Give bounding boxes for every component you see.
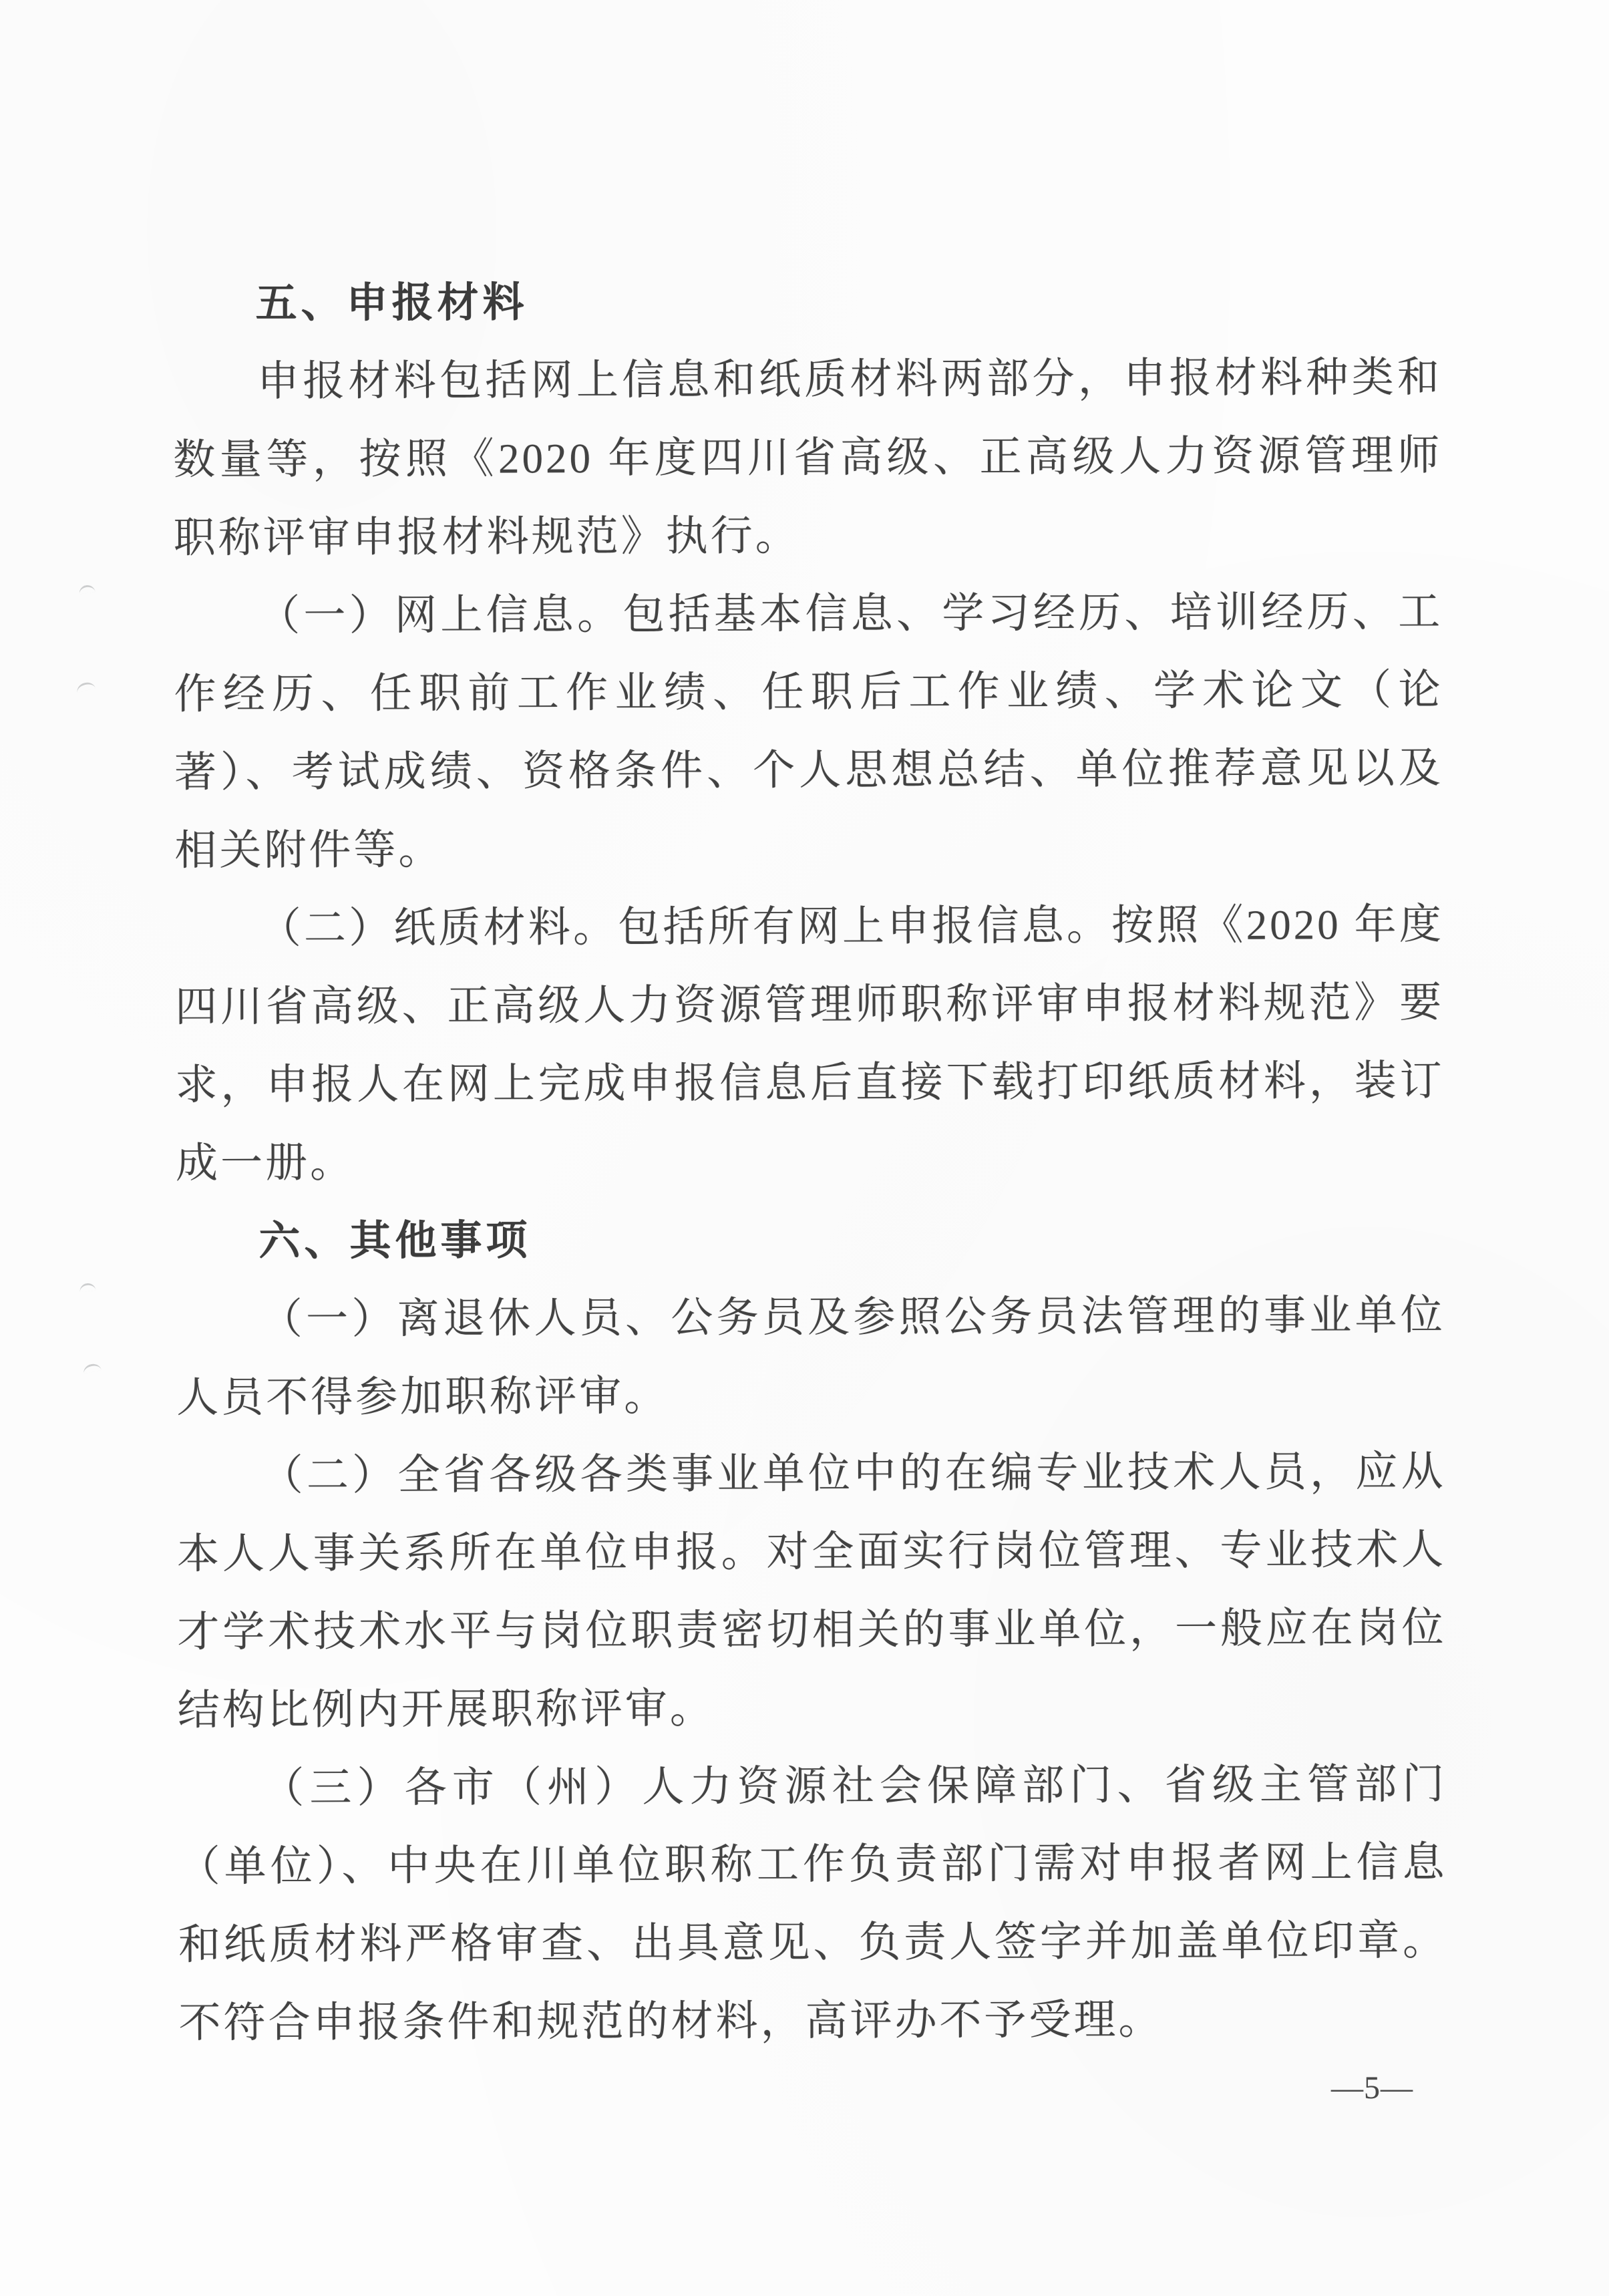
scan-artifact [82,1362,102,1373]
scan-artifact [75,681,96,693]
page-number: —5— [1331,2070,1413,2106]
scan-artifact [79,1283,96,1292]
paragraph-paper-materials: （二）纸质材料。包括所有网上申报信息。按照《2020 年度四川省高级、正高级人力… [175,886,1445,1203]
section-heading-6: 六、其他事项 [176,1198,1445,1281]
paragraph-application-materials: 申报材料包括网上信息和纸质材料两部分，申报材料种类和数量等，按照《2020 年度… [173,339,1443,578]
paragraph-online-information: （一）网上信息。包括基本信息、学习经历、培训经历、工作经历、任职前工作业绩、任职… [174,573,1444,890]
scan-artifact [78,584,95,594]
paragraph-public-institutions: （二）全省各级各类事业单位中的在编专业技术人员，应从本人人事关系所在单位申报。对… [176,1433,1447,1750]
section-heading-5: 五、申报材料 [172,261,1441,343]
document-body: 五、申报材料 申报材料包括网上信息和纸质材料两部分，申报材料种类和数量等，按照《… [172,261,1447,2063]
paragraph-retirees-restriction: （一）离退休人员、公务员及参照公务员法管理的事业单位人员不得参加职称评审。 [176,1277,1446,1438]
paragraph-review-departments: （三）各市（州）人力资源社会保障部门、省级主管部门（单位）、中央在川单位职称工作… [178,1746,1448,2063]
scanned-document-page: 五、申报材料 申报材料包括网上信息和纸质材料两部分，申报材料种类和数量等，按照《… [0,0,1609,2296]
